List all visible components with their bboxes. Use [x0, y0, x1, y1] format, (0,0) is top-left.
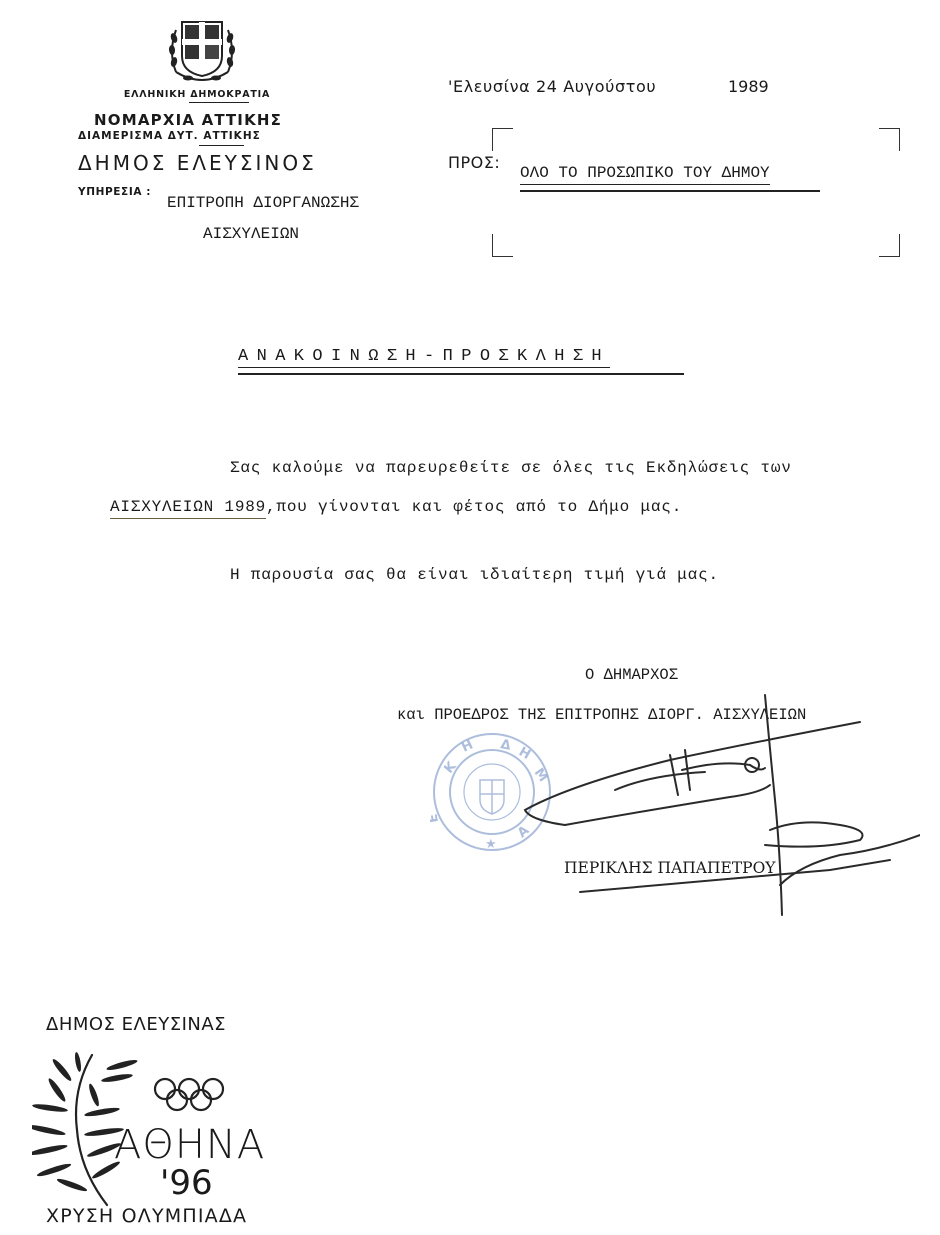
signatory-name: ΠΕΡΙΚΛΗΣ ΠΑΠΑΠΕΤΡΟΥ: [564, 859, 776, 877]
division-text: ΔΙΑΜΕΡΙΣΜΑ ΔΥΤ. ΑΤΤΙΚΗΣ: [78, 130, 261, 142]
body-line-2: ΑΙΣΧΥΛΕΙΩΝ 1989,που γίνονται και φέτος α…: [110, 498, 682, 516]
handwritten-signature-icon: [420, 690, 920, 920]
olympic-rings-icon: [152, 1076, 227, 1114]
underline: [199, 145, 244, 146]
footer-municipality: ΔΗΜΟΣ ΕΛΕΥΣΙΝΑΣ: [46, 1014, 226, 1035]
recipient-value: ΟΛΟ ΤΟ ΠΡΟΣΩΠΙΚΟ ΤΟΥ ΔΗΜΟΥ: [520, 164, 770, 185]
municipality-header: ΔΗΜΟΣ ΕΛΕΥΣΙΝΟΣ: [78, 151, 317, 175]
body-line-1: Σας καλούμε να παρευρεθείτε σε όλες τις …: [230, 459, 792, 477]
signatory-role-mayor: Ο ΔΗΜΑΡΧΟΣ: [585, 666, 678, 684]
event-name-highlight: ΑΙΣΧΥΛΕΙΩΝ 1989: [110, 498, 266, 519]
date-line: 'Ελευσίνα 24 Αυγούστου 1989: [448, 77, 656, 97]
republic-text: ΕΛΛΗΝΙΚΗ ΔΗΜΟΚΡΑΤΙΑ: [124, 89, 270, 100]
greek-coat-of-arms-icon: [166, 12, 238, 88]
address-corner-top-left: [492, 128, 513, 151]
service-label: ΥΠΗΡΕΣΙΑ :: [78, 186, 151, 198]
address-corner-bottom-left: [492, 234, 513, 257]
footer-year: '96: [160, 1163, 213, 1203]
underline: [189, 102, 249, 103]
footer-slogan: ΧΡΥΣΗ ΟΛΥΜΠΙΑΔΑ: [46, 1205, 247, 1227]
republic-header: ΕΛΛΗΝΙΚΗ ΔΗΜΟΚΡΑΤΙΑ: [88, 89, 306, 100]
body-line-2-rest: ,που γίνονται και φέτος από το Δήμο μας.: [266, 498, 682, 516]
title-double-underline: [238, 373, 684, 375]
recipient-label: ΠΡΟΣ:: [448, 153, 500, 172]
date-place-day: 'Ελευσίνα 24 Αυγούστου: [448, 77, 656, 96]
prefecture-header: ΝΟΜΑΡΧΙΑ ΑΤΤΙΚΗΣ: [94, 111, 282, 129]
footer-city: ΑΘΗΝΑ: [114, 1122, 265, 1168]
recipient-double-underline: [520, 190, 820, 192]
division-header: ΔΙΑΜΕΡΙΣΜΑ ΔΥΤ. ΑΤΤΙΚΗΣ: [78, 130, 261, 142]
address-corner-bottom-right: [879, 234, 900, 257]
document-title: ΑΝΑΚΟΙΝΩΣΗ-ΠΡΟΣΚΛΗΣΗ: [238, 347, 610, 368]
address-corner-top-right: [879, 128, 900, 151]
date-year: 1989: [728, 77, 769, 96]
service-line-1: ΕΠΙΤΡΟΠΗ ΔΙΟΡΓΑΝΩΣΗΣ: [167, 194, 359, 212]
body-line-3: Η παρουσία σας θα είναι ιδιαίτερη τιμή γ…: [230, 566, 719, 584]
service-line-2: ΑΙΣΧΥΛΕΙΩΝ: [203, 225, 299, 243]
